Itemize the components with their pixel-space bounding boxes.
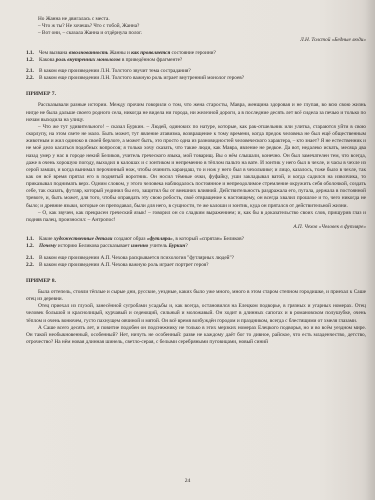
section-heading-example-7: ПРИМЕР 7. (26, 91, 366, 98)
paragraph: Рассказывали разные истории. Между прочи… (26, 102, 366, 123)
attribution: Л.Н. Толстой «Бедные люди» (26, 37, 366, 44)
questions-block-7-2: 2.1.В каком еще произведении А.П. Чехова… (26, 255, 366, 269)
question-text: В каком еще произведении А.П. Чехова важ… (39, 262, 209, 269)
questions-block-7-1: 1.1.Какие художественные детали создают … (26, 236, 366, 250)
question-item: 2.2.В каком еще произведении Л.Н. Толсто… (26, 75, 366, 82)
question-item: 1.2.Почему историю Беликова рассказывает… (26, 243, 366, 250)
question-text: Почему историю Беликова рассказывает име… (39, 243, 188, 250)
question-number: 2.2. (26, 262, 39, 269)
page-edge-shadow (365, 0, 375, 500)
question-number: 2.2. (26, 75, 39, 82)
question-item: 2.1.В каком еще произведении А.П. Чехова… (26, 255, 366, 262)
attribution: А.П. Чехов «Человек в футляре» (26, 224, 366, 231)
question-item: 1.1.Чем вызвана взволнованность Жанны и … (26, 50, 366, 57)
question-number: 1.2. (26, 57, 39, 64)
paragraph: Отец приехал из глухой, занесённой сугро… (26, 303, 366, 324)
question-item: 1.2.Какова роль внутренних монологов в п… (26, 57, 366, 64)
paragraph: Была оттепель, стояли тёплые и сырые дни… (26, 289, 366, 303)
page-content: Но Жанна не двигалась с места. – Что ж т… (26, 16, 366, 346)
question-text: В каком еще произведении Л.Н. Толстого в… (39, 75, 244, 82)
question-text: Какие художественные детали создают обра… (39, 236, 244, 243)
section-heading-example-8: ПРИМЕР 8. (26, 278, 366, 285)
question-number: 2.1. (26, 68, 39, 75)
question-number: 1.2. (26, 243, 39, 250)
question-item: 2.2.В каком еще произведении А.П. Чехова… (26, 262, 366, 269)
question-text: Чем вызвана взволнованность Жанны и как … (39, 50, 216, 57)
question-number: 1.1. (26, 50, 39, 57)
questions-block-2: 2.1.В каком еще произведении Л.Н. Толсто… (26, 68, 366, 82)
paragraph: – О, как звучен, как прекрасен греческий… (26, 210, 366, 224)
questions-block-1: 1.1.Чем вызвана взволнованность Жанны и … (26, 50, 366, 64)
question-number: 2.1. (26, 255, 39, 262)
book-page: Но Жанна не двигалась с места. – Что ж т… (0, 0, 375, 500)
question-text: Какова роль внутренних монологов в приве… (39, 57, 182, 64)
excerpt-line: – Что ж ты? Не хочешь? Что с тобой, Жанн… (26, 23, 366, 30)
question-number: 1.1. (26, 236, 39, 243)
paragraph: А Саше всего десять лет, и повитие подоб… (26, 325, 366, 346)
page-number: 24 (0, 478, 375, 484)
paragraph: – Что же тут удивительного! – сказал Бур… (26, 124, 366, 210)
question-item: 1.1.Какие художественные детали создают … (26, 236, 366, 243)
question-text: В каком еще произведении А.П. Чехова рас… (39, 255, 234, 262)
